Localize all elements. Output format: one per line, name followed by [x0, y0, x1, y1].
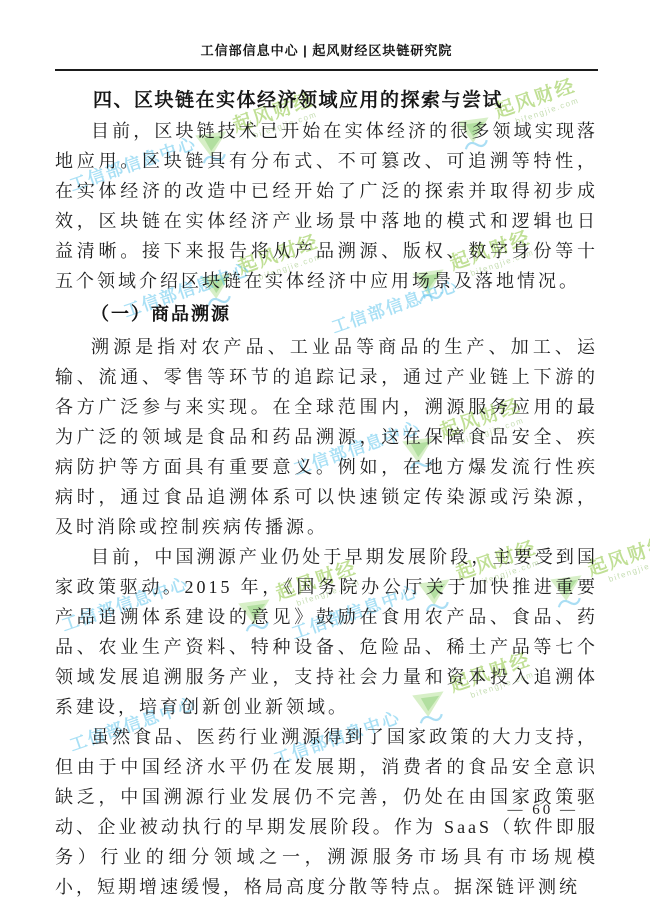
subsection-heading: （一）商品溯源: [55, 298, 598, 330]
page-header: 工信部信息中心 | 起风财经区块链研究院: [55, 0, 598, 71]
paragraph-1: 目前，区块链技术已开始在实体经济的很多领域实现落地应用。区块链具有分布式、不可篡…: [55, 116, 598, 296]
page-number: — 60 —: [508, 802, 579, 819]
document-page: 起风财经 bifengjie.com 起风财经 bifengjie.com 起风…: [0, 0, 650, 919]
paragraph-2: 溯源是指对农产品、工业品等商品的生产、加工、运输、流通、零售等环节的追踪记录，通…: [55, 332, 598, 542]
document-body: 四、区块链在实体经济领域应用的探索与尝试 目前，区块链技术已开始在实体经济的很多…: [55, 85, 598, 902]
section-title: 四、区块链在实体经济领域应用的探索与尝试: [55, 85, 598, 112]
header-text: 工信部信息中心 | 起风财经区块链研究院: [201, 43, 453, 58]
paragraph-3: 目前，中国溯源产业仍处于早期发展阶段，主要受到国家政策驱动。2015 年，《国务…: [55, 542, 598, 722]
qifeng-watermark-url: bifengjie.com: [592, 553, 650, 589]
